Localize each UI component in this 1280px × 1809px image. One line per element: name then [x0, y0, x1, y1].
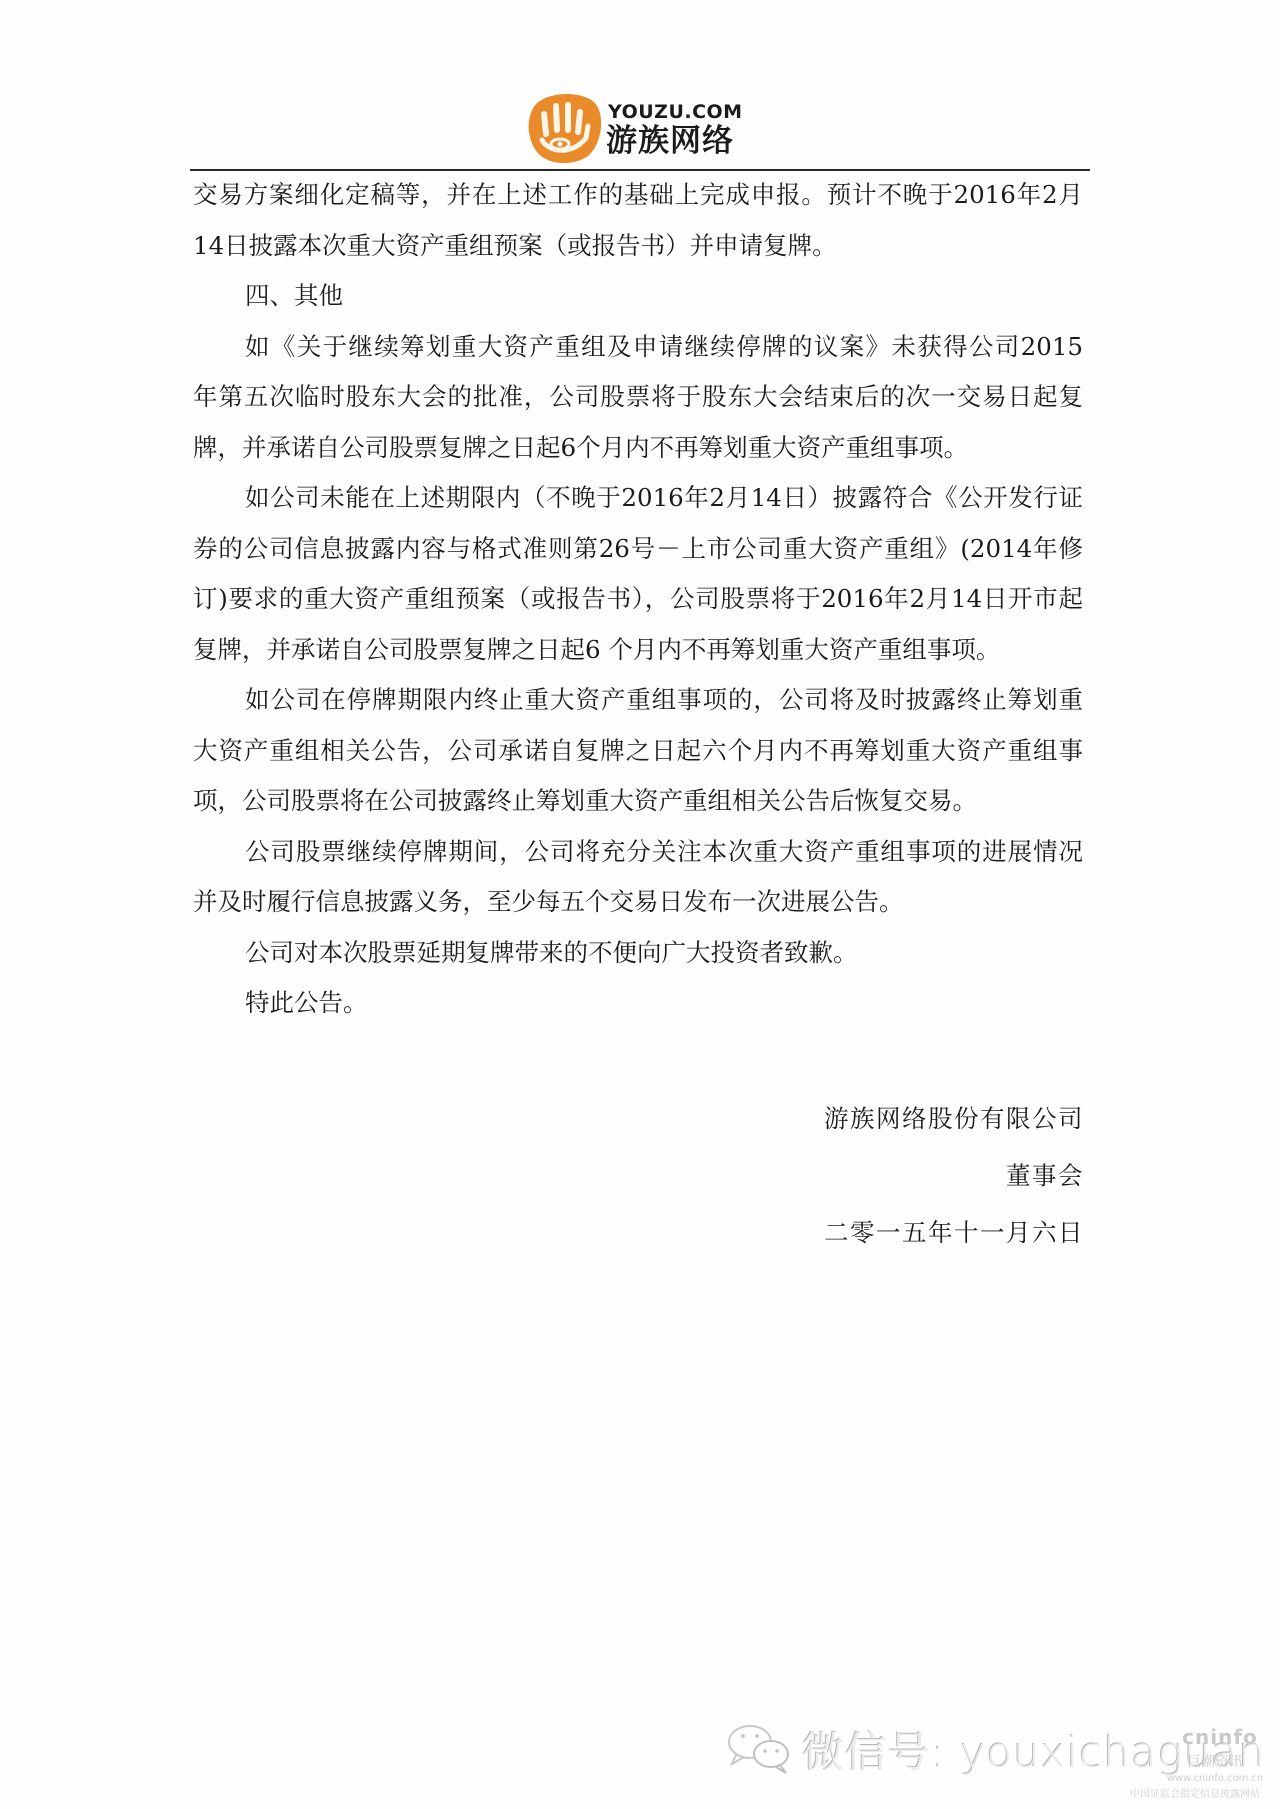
text-line: 如公司未能在上述期限内（不晚于2016年2月14日）披露符合《公开发行证	[193, 479, 1083, 530]
text-line: 公司对本次股票延期复牌带来的不便向广大投资者致歉。	[193, 934, 1083, 985]
section-heading: 四、其他	[193, 277, 1083, 328]
cninfo-note: 中国证监会指定信息披露网站	[1110, 1785, 1280, 1800]
cninfo-brand: cninfo	[1160, 1725, 1280, 1749]
signature-company: 游族网络股份有限公司	[824, 1100, 1084, 1157]
youzu-logo: YOUZU.COM 游族网络	[528, 92, 758, 166]
text-line: 如《关于继续筹划重大资产重组及申请继续停牌的议案》未获得公司2015	[193, 328, 1083, 379]
text-line: 并及时履行信息披露义务，至少每五个交易日发布一次进展公告。	[193, 883, 1083, 934]
text-line: 订)要求的重大资产重组预案（或报告书），公司股票将于2016年2月14日开市起	[193, 580, 1083, 631]
document-page: YOUZU.COM 游族网络 交易方案细化定稿等，并在上述工作的基础上完成申报。…	[0, 0, 1280, 1809]
text-line: 券的公司信息披露内容与格式准则第26号－上市公司重大资产重组》(2014年修	[193, 530, 1083, 581]
text-line: 交易方案细化定稿等，并在上述工作的基础上完成申报。预计不晚于2016年2月	[193, 176, 1083, 227]
cninfo-watermark: cninfo 巨潮资讯 www.cninfo.com.cn 中国证监会指定信息披…	[1150, 1725, 1280, 1809]
cninfo-url: www.cninfo.com.cn	[1150, 1773, 1280, 1784]
header-divider	[190, 169, 1090, 171]
closing-line: 特此公告。	[193, 984, 1083, 1035]
cninfo-cn: 巨潮资讯	[1150, 1751, 1280, 1771]
text-line: 牌，并承诺自公司股票复牌之日起6个月内不再筹划重大资产重组事项。	[193, 429, 1083, 480]
text-line: 如公司在停牌期限内终止重大资产重组事项的，公司将及时披露终止筹划重	[193, 681, 1083, 732]
logo-text-cn: 游族网络	[606, 123, 734, 159]
text-line: 公司股票继续停牌期间，公司将充分关注本次重大资产重组事项的进展情况	[193, 833, 1083, 884]
wechat-icon	[726, 1722, 792, 1776]
text-line: 年第五次临时股东大会的批准，公司股票将于股东大会结束后的次一交易日起复	[193, 378, 1083, 429]
logo-text-en: YOUZU.COM	[608, 101, 743, 123]
announcement-body: 交易方案细化定稿等，并在上述工作的基础上完成申报。预计不晚于2016年2月 14…	[193, 176, 1083, 1035]
hand-logo-icon	[528, 92, 602, 164]
signature-date: 二零一五年十一月六日	[824, 1214, 1084, 1271]
signature-board: 董事会	[824, 1157, 1084, 1214]
text-line: 大资产重组相关公告，公司承诺自复牌之日起六个月内不再筹划重大资产重组事	[193, 732, 1083, 783]
text-line: 项，公司股票将在公司披露终止筹划重大资产重组相关公告后恢复交易。	[193, 782, 1083, 833]
text-line: 14日披露本次重大资产重组预案（或报告书）并申请复牌。	[193, 227, 1083, 278]
text-line: 复牌，并承诺自公司股票复牌之日起6 个月内不再筹划重大资产重组事项。	[193, 631, 1083, 682]
signature-block: 游族网络股份有限公司 董事会 二零一五年十一月六日	[824, 1100, 1084, 1271]
